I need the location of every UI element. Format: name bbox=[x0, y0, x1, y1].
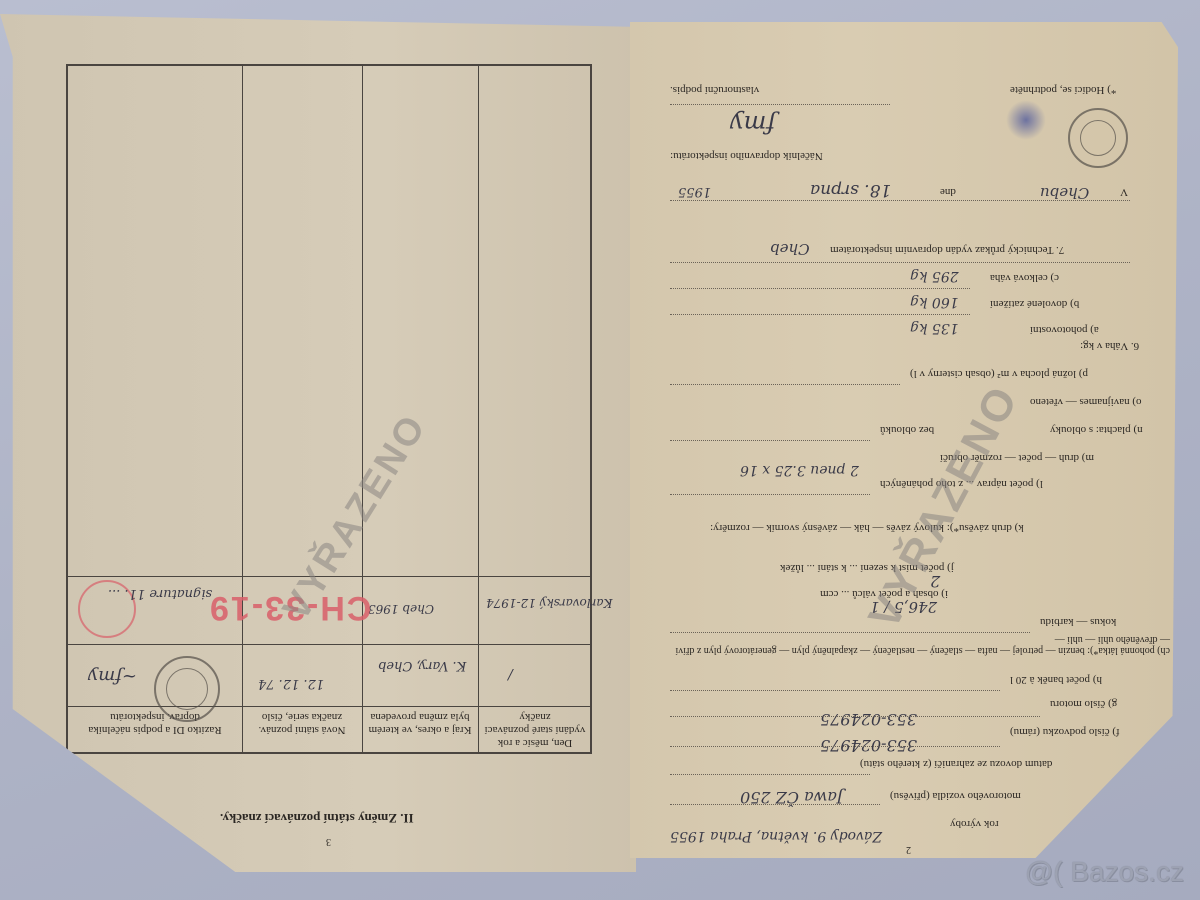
chief-label: Náčelník dopravního inspektorátu: bbox=[670, 150, 823, 162]
signature: ~ƒmy bbox=[88, 666, 137, 687]
dotted-line bbox=[670, 262, 1130, 263]
cell-region: K. Vary, Cheb bbox=[378, 658, 466, 673]
table-divider bbox=[362, 66, 363, 752]
form-line: kokus — karbidu bbox=[1040, 616, 1116, 628]
dotted-line bbox=[670, 288, 970, 289]
right-page: *) Hodící se, podtrhněte vlastnoruční po… bbox=[630, 22, 1178, 858]
plate-changes-table: Den, měsíc a rok vydání staré poznávací … bbox=[66, 64, 592, 754]
form-line: g) číslo motoru bbox=[1050, 698, 1117, 710]
bazos-watermark: @( Bazos.cz bbox=[1025, 856, 1184, 888]
form-value: bez oblouků bbox=[880, 424, 934, 436]
dotted-line bbox=[670, 746, 1000, 747]
signature-label: vlastnoruční podpis. bbox=[670, 84, 759, 96]
day-label: dne bbox=[940, 186, 956, 198]
year-value: 1955 bbox=[678, 184, 711, 199]
dotted-line bbox=[670, 632, 1030, 633]
cell-date: / bbox=[508, 666, 513, 682]
form-value: Závody 9. května, Praha 1955 bbox=[670, 828, 882, 844]
form-line: motorového vozidla (přívěsu) bbox=[890, 790, 1021, 802]
form-line: 7. Technický průkaz vydán dopravním insp… bbox=[830, 244, 1064, 256]
dotted-line bbox=[670, 314, 970, 315]
header-stamp-signature: Razítko DI a podpis náčelníka doprav. in… bbox=[72, 710, 238, 736]
footnote: *) Hodící se, podtrhněte bbox=[1010, 84, 1116, 96]
table-row-line bbox=[68, 644, 590, 645]
form-line: rok výroby bbox=[950, 818, 999, 830]
round-seal-icon bbox=[1068, 108, 1128, 168]
form-line: c) celková váha bbox=[990, 272, 1059, 284]
place-prefix: V bbox=[1120, 186, 1128, 198]
dotted-line bbox=[670, 804, 880, 805]
dotted-line bbox=[670, 494, 870, 495]
form-line: datum dovozu ze zahraničí (z kterého stá… bbox=[860, 758, 1052, 770]
section-title: II. Změny státní poznávací značky. bbox=[220, 810, 414, 826]
dotted-line bbox=[670, 690, 1000, 691]
form-line: f) číslo podvozku (rámu) bbox=[1010, 726, 1120, 738]
form-value: 160 kg bbox=[910, 294, 959, 310]
form-value: 353-024975 bbox=[820, 710, 917, 729]
dotted-line bbox=[670, 104, 890, 105]
form-line: p) ložná plocha v m² (obsah cisterny v l… bbox=[910, 368, 1088, 380]
table-divider bbox=[478, 66, 479, 752]
form-value: 135 kg bbox=[910, 320, 959, 336]
table-row-line bbox=[68, 706, 590, 707]
form-line: 6. Váha v kg: bbox=[1080, 340, 1139, 352]
dotted-line bbox=[670, 716, 1040, 717]
dotted-line bbox=[670, 384, 900, 385]
dotted-line bbox=[670, 774, 870, 775]
form-line: a) pohotovostní bbox=[1030, 324, 1099, 336]
left-page: Den, měsíc a rok vydání staré poznávací … bbox=[0, 14, 636, 872]
form-value: 2 pneu 3.25 x 16 bbox=[740, 462, 859, 478]
cell-stamp: signature 11. ... bbox=[108, 586, 212, 601]
form-line: n) plachta: s oblouky bbox=[1050, 424, 1143, 436]
header-old-plate-date: Den, měsíc a rok vydání staré poznávací … bbox=[482, 710, 588, 749]
form-line: o) navijnames — vřeteno bbox=[1030, 396, 1142, 408]
form-line: k) druh závěsu*): kulový závěs — hák — z… bbox=[710, 522, 1024, 534]
form-line-fuel: ch) pohonná látka*): benzin — petrolej —… bbox=[670, 634, 1170, 656]
cell-region: Cheb 1963 bbox=[368, 602, 434, 616]
dotted-line bbox=[670, 440, 870, 441]
form-value: Cheb bbox=[770, 240, 810, 258]
page-number: 2 bbox=[906, 844, 911, 855]
header-new-plate: Nová státní poznáv. značka serie, číslo bbox=[246, 710, 358, 736]
ink-smudge bbox=[1006, 100, 1046, 140]
cell-date: Karlovarský 12-1974 bbox=[486, 596, 612, 610]
day-value: 18. srpna bbox=[810, 180, 891, 200]
cell-new-plate: 12. 12. 74 bbox=[258, 676, 324, 691]
form-line: h) počet baněk à 20 l bbox=[1010, 674, 1102, 686]
form-value: 295 kg bbox=[910, 268, 959, 284]
round-seal-icon bbox=[154, 656, 220, 722]
page-number: 3 bbox=[326, 836, 331, 847]
table-divider bbox=[242, 66, 243, 752]
place-value: Chebu bbox=[1040, 184, 1089, 202]
signature: ƒmy bbox=[730, 110, 775, 138]
form-line: b) dovolené zatížení bbox=[990, 298, 1079, 310]
header-region: Kraj a okres, ve kterém byla změna prove… bbox=[366, 710, 474, 736]
